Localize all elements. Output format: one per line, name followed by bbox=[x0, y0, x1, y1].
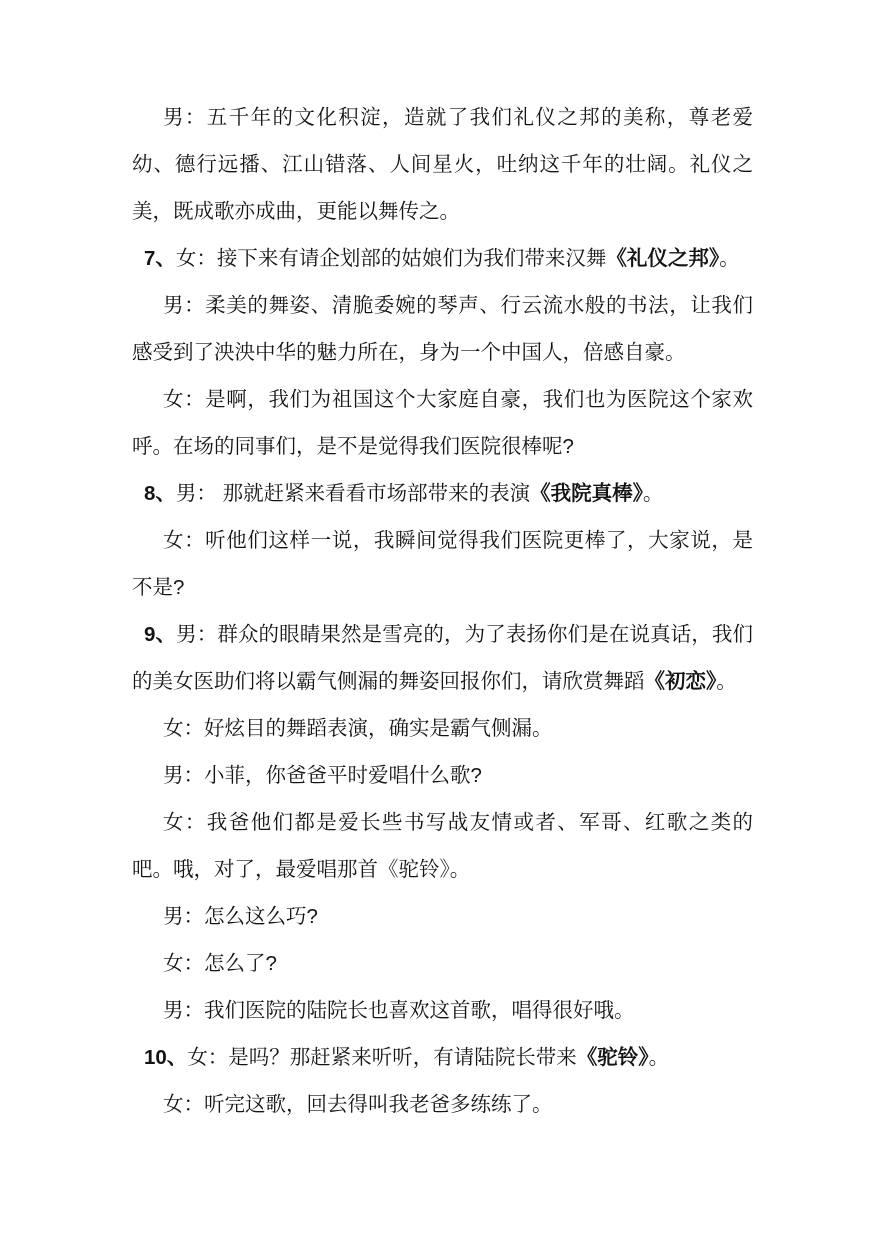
script-paragraph: 女：好炫目的舞蹈表演，确实是霸气侧漏。 bbox=[132, 705, 753, 752]
script-paragraph: 9、男：群众的眼睛果然是雪亮的，为了表扬你们是在说真话，我们的美女医助们将以霸气… bbox=[132, 611, 753, 705]
bold-text-run: 《驼铃》 bbox=[577, 1046, 649, 1069]
text-run: 女：听他们这样一说，我瞬间觉得我们医院更棒了，大家说，是不是? bbox=[132, 529, 753, 599]
text-run: 。 bbox=[649, 1046, 670, 1069]
text-run: 。 bbox=[719, 247, 740, 270]
text-run: 女：我爸他们都是爱长些书写战友情或者、军哥、红歌之类的吧。哦，对了，最爱唱那首《… bbox=[132, 811, 753, 881]
script-paragraph: 女：是啊，我们为祖国这个大家庭自豪，我们也为医院这个家欢呼。在场的同事们，是不是… bbox=[132, 376, 753, 470]
document-page: 男：五千年的文化积淀，造就了我们礼仪之邦的美称，尊老爱幼、德行远播、江山错落、人… bbox=[0, 0, 884, 1250]
script-paragraph: 女：我爸他们都是爱长些书写战友情或者、军哥、红歌之类的吧。哦，对了，最爱唱那首《… bbox=[132, 799, 753, 893]
bold-text-run: 《我院真棒》 bbox=[530, 482, 643, 505]
bold-text-run: 《初恋》 bbox=[645, 670, 717, 693]
text-run: 女：听完这歌，回去得叫我老爸多练练了。 bbox=[163, 1093, 553, 1116]
script-paragraph: 男：怎么这么巧? bbox=[132, 893, 753, 940]
text-run: 男：小菲，你爸爸平时爱唱什么歌? bbox=[163, 764, 482, 787]
text-run: 女：是吗？那赶紧来听听，有请陆院长带来 bbox=[187, 1046, 577, 1069]
script-paragraph: 10、女：是吗？那赶紧来听听，有请陆院长带来《驼铃》。 bbox=[132, 1034, 753, 1081]
bold-text-run: 7、 bbox=[144, 247, 176, 270]
script-paragraph: 女：听完这歌，回去得叫我老爸多练练了。 bbox=[132, 1081, 753, 1128]
script-paragraph: 女：怎么了? bbox=[132, 940, 753, 987]
script-paragraph: 男：五千年的文化积淀，造就了我们礼仪之邦的美称，尊老爱幼、德行远播、江山错落、人… bbox=[132, 94, 753, 235]
bold-text-run: 《礼仪之邦》 bbox=[606, 247, 719, 270]
script-paragraph: 男：柔美的舞姿、清脆委婉的琴声、行云流水般的书法，让我们感受到了泱泱中华的魅力所… bbox=[132, 282, 753, 376]
script-paragraph: 男：我们医院的陆院长也喜欢这首歌，唱得很好哦。 bbox=[132, 987, 753, 1034]
script-paragraph: 女：听他们这样一说，我瞬间觉得我们医院更棒了，大家说，是不是? bbox=[132, 517, 753, 611]
bold-text-run: 10、 bbox=[144, 1046, 187, 1069]
bold-text-run: 9、 bbox=[144, 623, 176, 646]
text-run: 。 bbox=[716, 670, 737, 693]
document-body: 男：五千年的文化积淀，造就了我们礼仪之邦的美称，尊老爱幼、德行远播、江山错落、人… bbox=[132, 94, 753, 1128]
bold-text-run: 8、 bbox=[144, 482, 176, 505]
text-run: 女：是啊，我们为祖国这个大家庭自豪，我们也为医院这个家欢呼。在场的同事们，是不是… bbox=[132, 388, 753, 458]
text-run: 男：柔美的舞姿、清脆委婉的琴声、行云流水般的书法，让我们感受到了泱泱中华的魅力所… bbox=[132, 294, 753, 364]
script-paragraph: 8、男： 那就赶紧来看看市场部带来的表演《我院真棒》。 bbox=[132, 470, 753, 517]
text-run: 女：接下来有请企划部的姑娘们为我们带来汉舞 bbox=[176, 247, 607, 270]
text-run: 女：好炫目的舞蹈表演，确实是霸气侧漏。 bbox=[163, 717, 553, 740]
text-run: 。 bbox=[643, 482, 664, 505]
text-run: 男：怎么这么巧? bbox=[163, 905, 318, 928]
text-run: 男：我们医院的陆院长也喜欢这首歌，唱得很好哦。 bbox=[163, 999, 635, 1022]
text-run: 女：怎么了? bbox=[163, 952, 277, 975]
script-paragraph: 男：小菲，你爸爸平时爱唱什么歌? bbox=[132, 752, 753, 799]
script-paragraph: 7、女：接下来有请企划部的姑娘们为我们带来汉舞《礼仪之邦》。 bbox=[132, 235, 753, 282]
text-run: 男： 那就赶紧来看看市场部带来的表演 bbox=[176, 482, 530, 505]
text-run: 男：五千年的文化积淀，造就了我们礼仪之邦的美称，尊老爱幼、德行远播、江山错落、人… bbox=[132, 106, 753, 223]
